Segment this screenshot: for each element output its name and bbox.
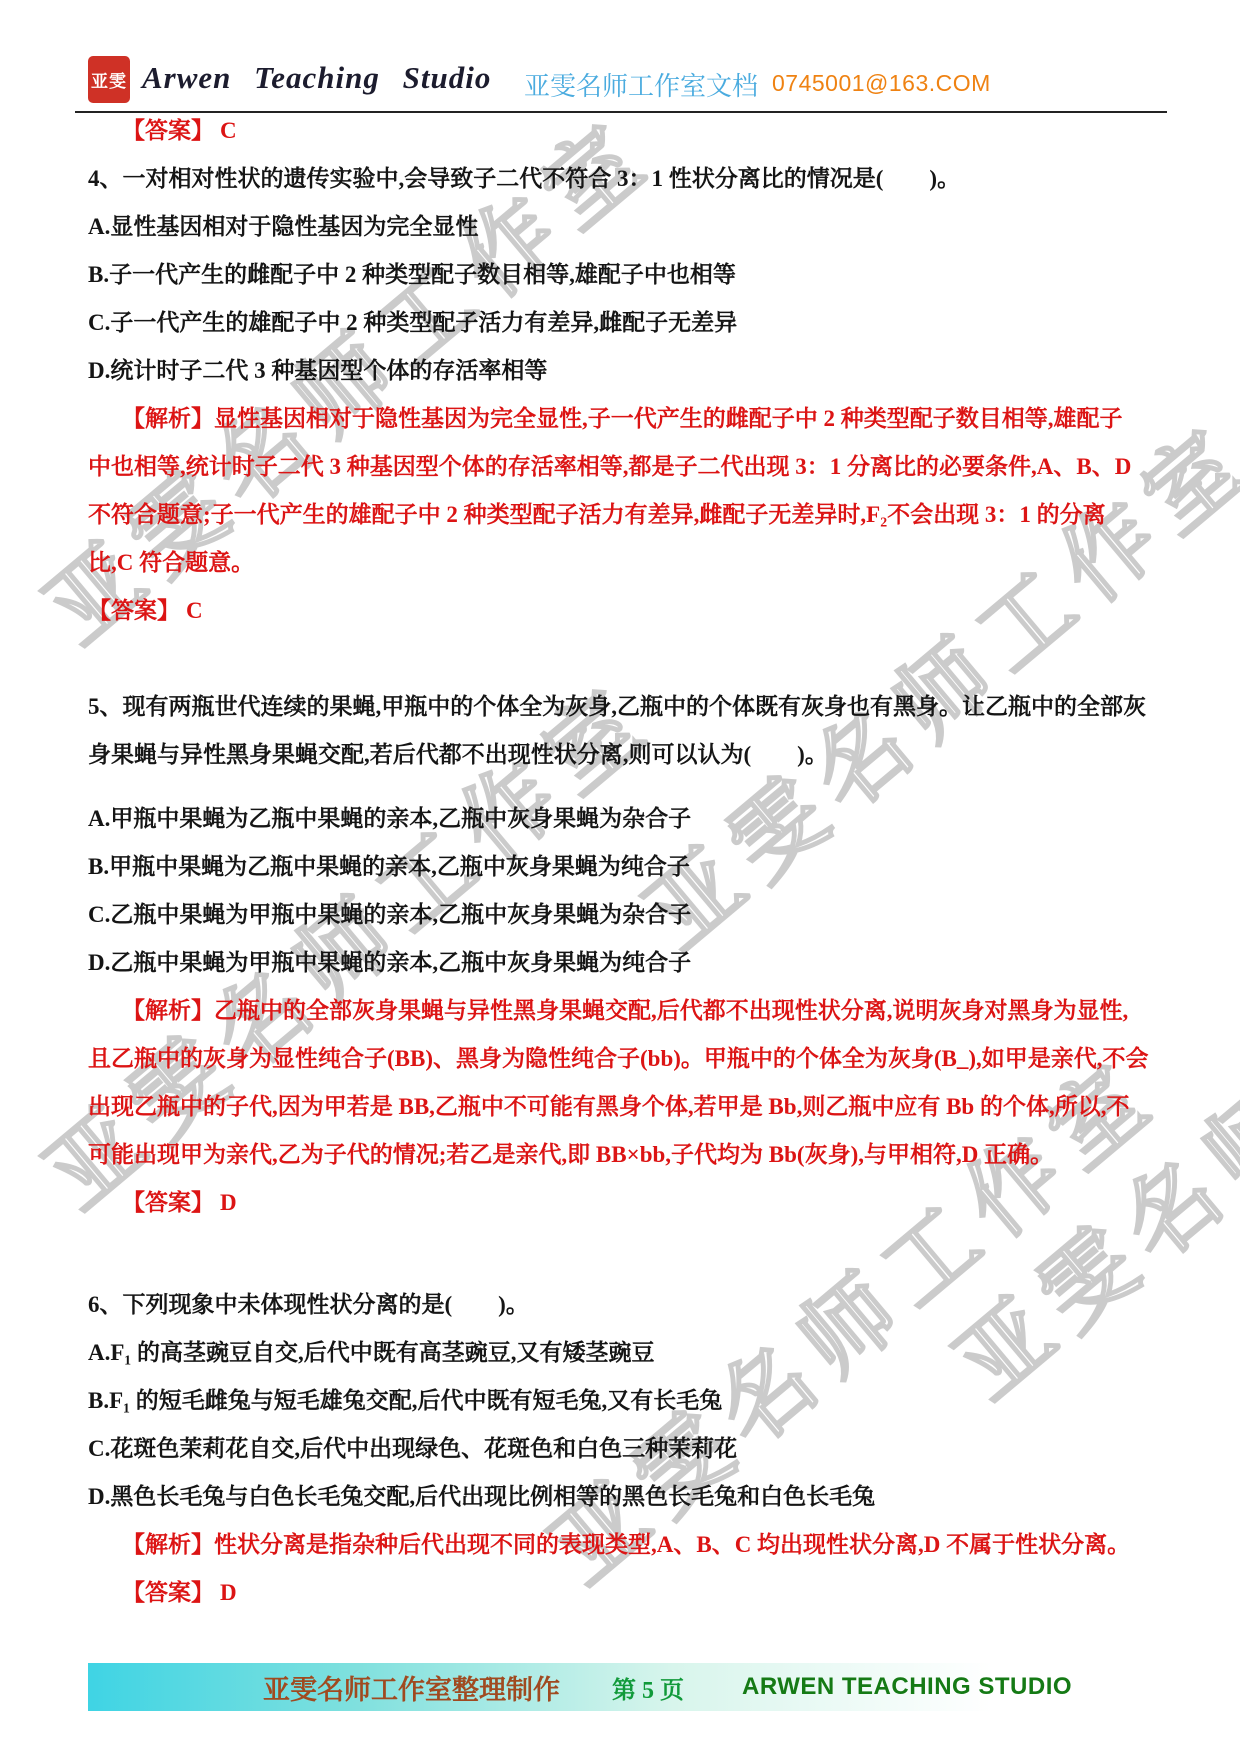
question-6-stem: 6、下列现象中未体现性状分离的是( )。 [88,1281,1152,1329]
question-6-option-c: C.花斑色茉莉花自交,后代中出现绿色、花斑色和白色三种茉莉花 [88,1425,1152,1473]
footer-bar: 亚雯名师工作室整理制作 第 5 页 ARWEN TEACHING STUDIO [88,1663,1152,1711]
footer-made-by: 亚雯名师工作室整理制作 [263,1668,560,1707]
question-4-option-d: D.统计时子二代 3 种基因型个体的存活率相等 [88,347,1152,395]
question-6-option-d: D.黑色长毛兔与白色长毛兔交配,后代出现比例相等的黑色长毛兔和白色长毛兔 [88,1473,1152,1521]
question-6-option-a: A.F₁ 的高茎豌豆自交,后代中既有高茎豌豆,又有矮茎豌豆 [88,1329,1152,1377]
question-4-answer: 【答案】C [88,587,1152,635]
question-5-analysis-line-1: 【解析】乙瓶中的全部灰身果蝇与异性黑身果蝇交配,后代都不出现性状分离,说明灰身对… [88,987,1152,1035]
question-5-analysis-line-4: 可能出现甲为亲代,乙为子代的情况;若乙是亲代,即 BB×bb,子代均为 Bb(灰… [88,1131,1152,1179]
question-6-answer: 【答案】D [88,1569,1152,1617]
prev-question-answer: 【答案】C [88,107,1152,155]
question-4-analysis-line-3: 不符合题意;子一代产生的雄配子中 2 种类型配子活力有差异,雌配子无差异时,F₂… [88,491,1152,539]
footer-studio-name: ARWEN TEACHING STUDIO [742,1673,1072,1701]
question-4-analysis-line-4: 比,C 符合题意。 [88,539,1152,587]
question-5-stem-line-1: 5、现有两瓶世代连续的果蝇,甲瓶中的个体全为灰身,乙瓶中的个体既有灰身也有黑身。… [88,683,1152,731]
document-page: 亚雯名师工作室 亚雯名师工作室 亚雯名师工作室 亚雯名师工作室 亚雯名师工作室 … [0,0,1240,1754]
question-6-analysis-line-1: 【解析】性状分离是指杂种后代出现不同的表现类型,A、B、C 均出现性状分离,D … [88,1521,1152,1569]
question-5-answer: 【答案】D [88,1179,1152,1227]
question-4-analysis-line-2: 中也相等,统计时子二代 3 种基因型个体的存活率相等,都是子二代出现 3：1 分… [88,443,1152,491]
contact-email: 0745001@163.COM [772,70,991,97]
document-body: 【答案】C 4、一对相对性状的遗传实验中,会导致子二代不符合 3：1 性状分离比… [88,107,1152,1617]
question-4-option-c: C.子一代产生的雄配子中 2 种类型配子活力有差异,雌配子无差异 [88,299,1152,347]
question-5-option-a: A.甲瓶中果蝇为乙瓶中果蝇的亲本,乙瓶中灰身果蝇为杂合子 [88,795,1152,843]
question-5-option-b: B.甲瓶中果蝇为乙瓶中果蝇的亲本,乙瓶中灰身果蝇为纯合子 [88,843,1152,891]
question-5-option-d: D.乙瓶中果蝇为甲瓶中果蝇的亲本,乙瓶中灰身果蝇为纯合子 [88,939,1152,987]
question-5-option-c: C.乙瓶中果蝇为甲瓶中果蝇的亲本,乙瓶中灰身果蝇为杂合子 [88,891,1152,939]
question-4-analysis-line-1: 【解析】显性基因相对于隐性基因为完全显性,子一代产生的雌配子中 2 种类型配子数… [88,395,1152,443]
question-4-option-b: B.子一代产生的雌配子中 2 种类型配子数目相等,雄配子中也相等 [88,251,1152,299]
question-5-analysis-line-3: 出现乙瓶中的子代,因为甲若是 BB,乙瓶中不可能有黑身个体,若甲是 Bb,则乙瓶… [88,1083,1152,1131]
studio-script-title: Arwen Teaching Studio [142,60,491,96]
question-5-analysis-line-2: 且乙瓶中的灰身为显性纯合子(BB)、黑身为隐性纯合子(bb)。甲瓶中的个体全为灰… [88,1035,1152,1083]
studio-seal-icon: 亚雯 [88,56,130,103]
spacer [88,1227,1152,1281]
question-4-option-a: A.显性基因相对于隐性基因为完全显性 [88,203,1152,251]
question-4-stem: 4、一对相对性状的遗传实验中,会导致子二代不符合 3：1 性状分离比的情况是( … [88,155,1152,203]
doc-label: 亚雯名师工作室文档 [524,66,758,103]
footer-page-number: 第 5 页 [612,1670,684,1705]
spacer [88,635,1152,683]
question-6-option-b: B.F₁ 的短毛雌兔与短毛雄兔交配,后代中既有短毛兔,又有长毛兔 [88,1377,1152,1425]
spacer [88,779,1152,795]
question-5-stem-line-2: 身果蝇与异性黑身果蝇交配,若后代都不出现性状分离,则可以认为( )。 [88,731,1152,779]
